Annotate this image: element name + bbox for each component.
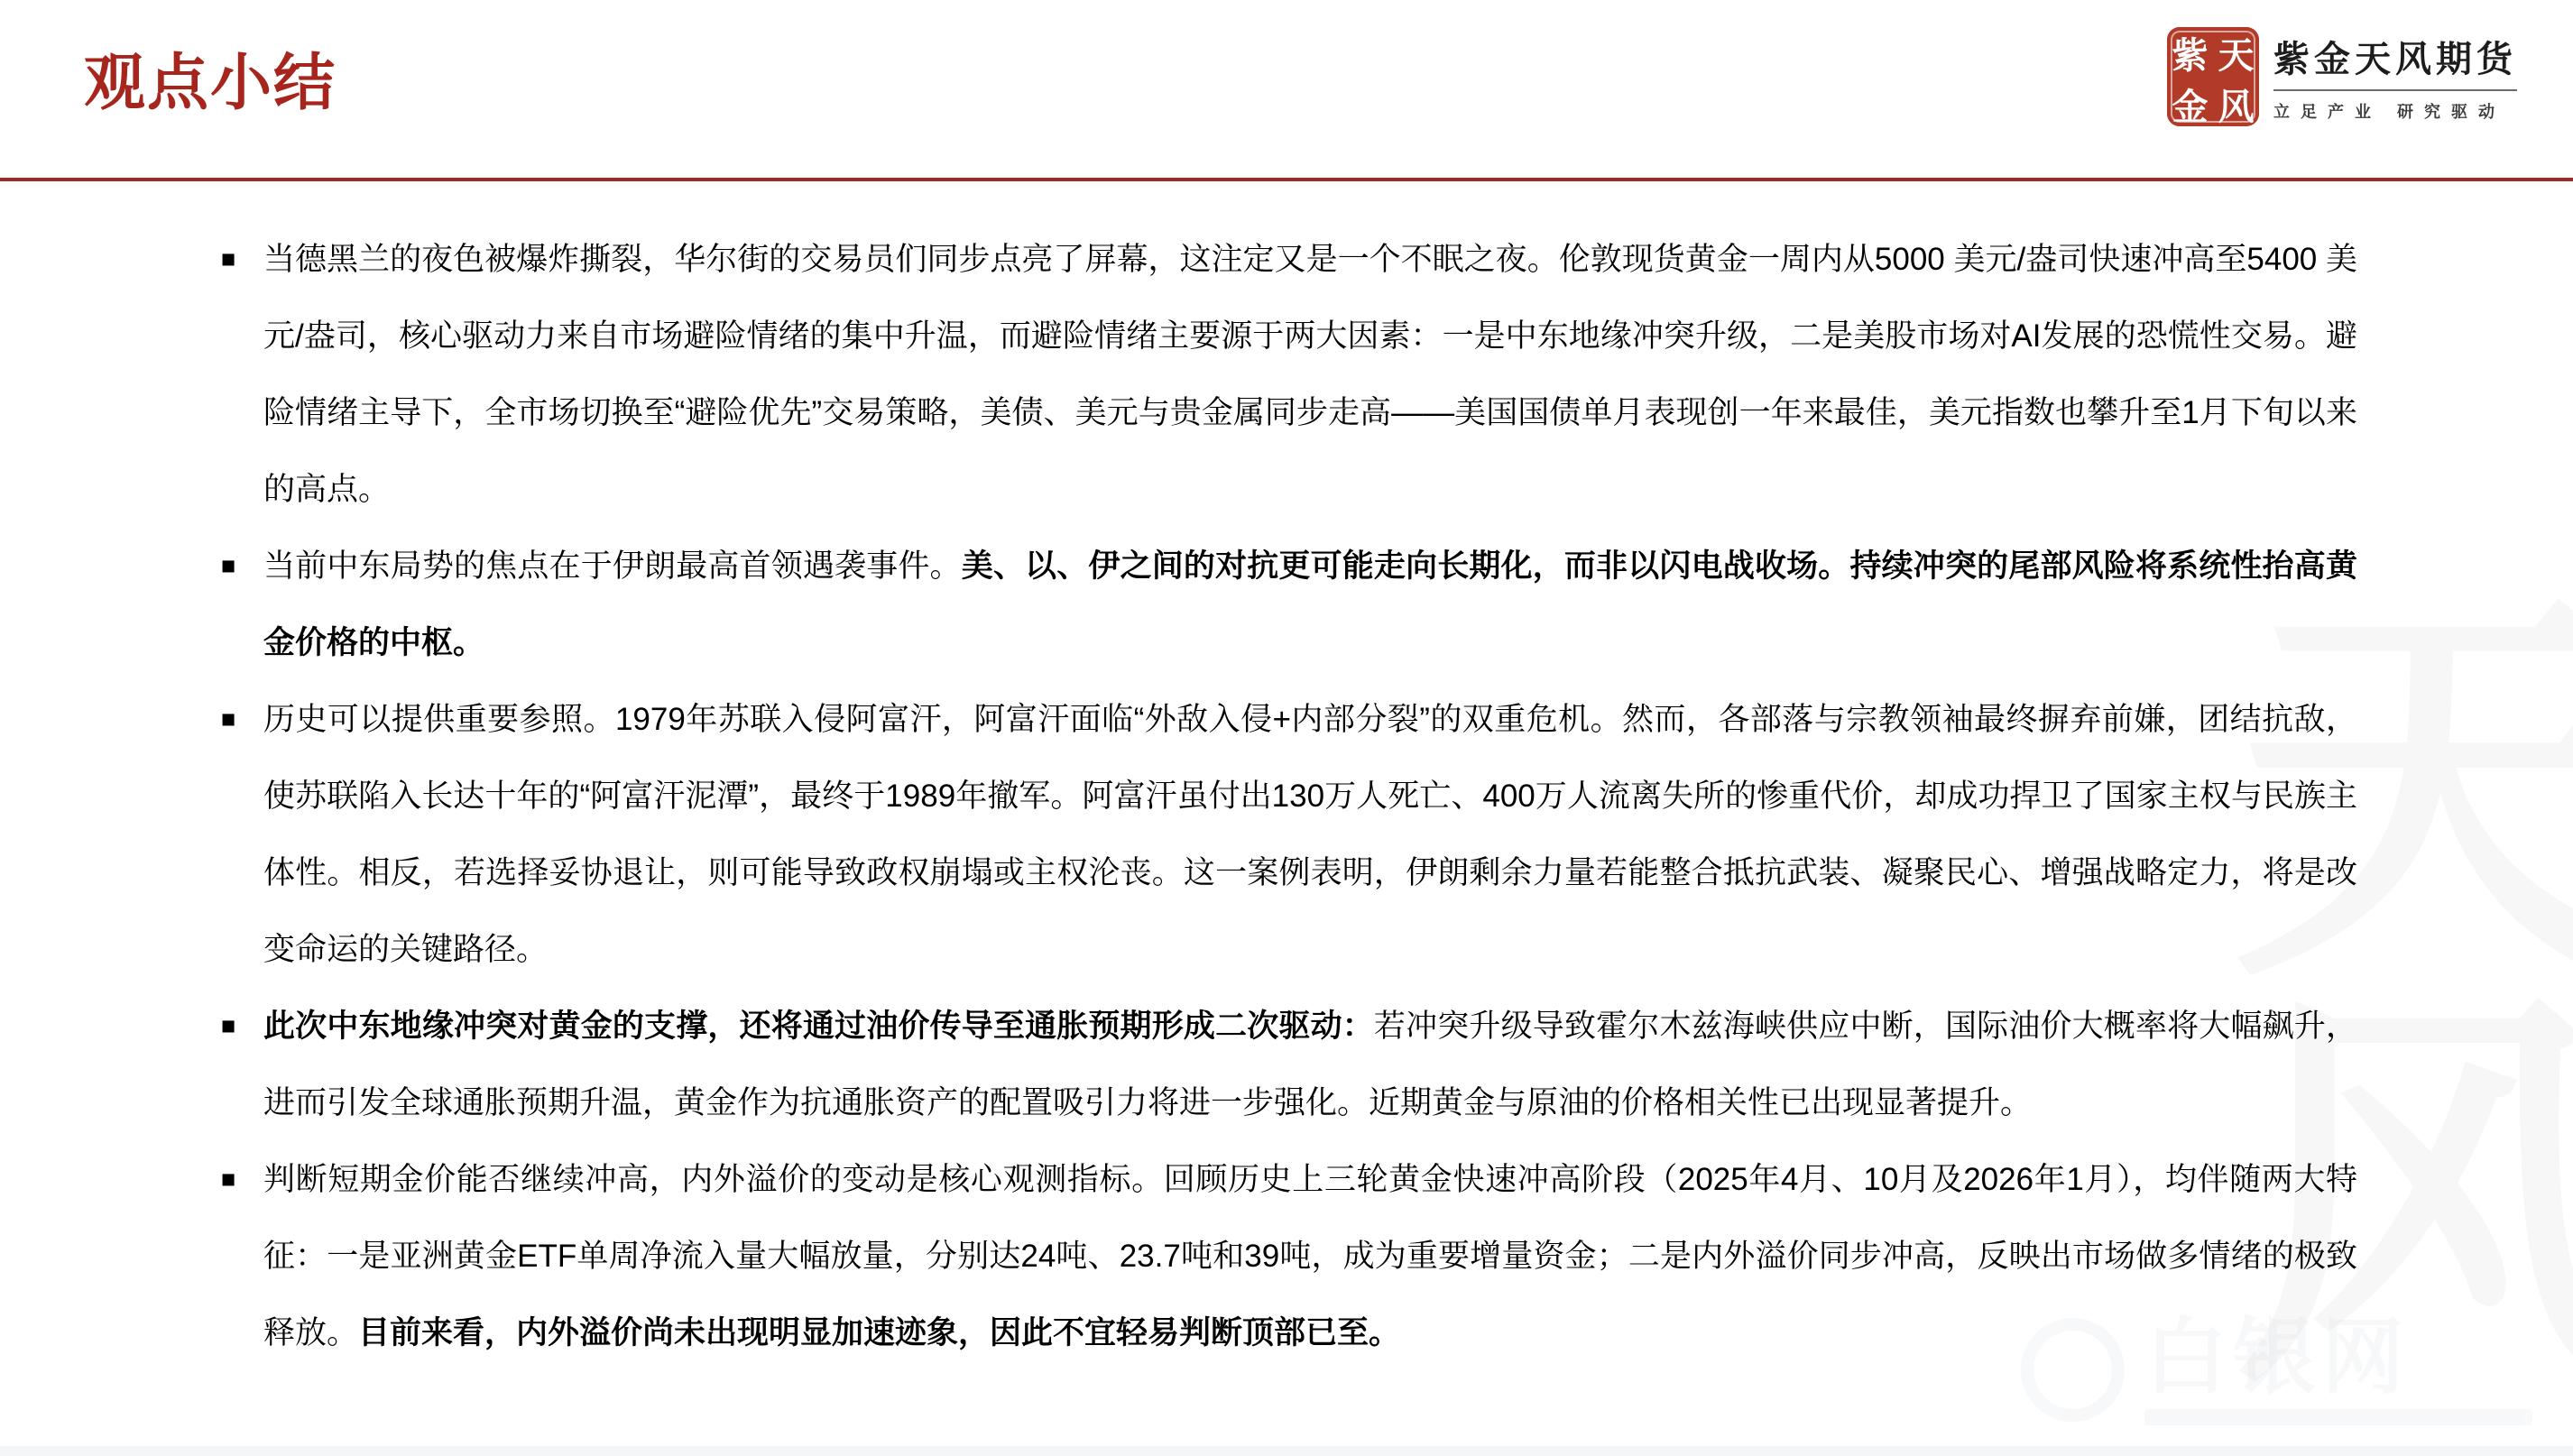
seal-char: 风	[2218, 78, 2255, 130]
company-logo: 紫 天 金 风 紫金天风期货 立足产业 研究驱动	[2167, 27, 2517, 126]
page-bottom-edge	[0, 1446, 2573, 1456]
bullet-text-bold: 目前来看，内外溢价尚未出现明显加速迹象，因此不宜轻易判断顶部已至。	[358, 1315, 1400, 1350]
bullet-item: ■判断短期金价能否继续冲高，内外溢价的变动是核心观测指标。回顾历史上三轮黄金快速…	[221, 1141, 2357, 1371]
summary-content: ■当德黑兰的夜色被爆炸撕裂，华尔街的交易员们同步点亮了屏幕，这注定又是一个不眠之…	[221, 221, 2357, 1371]
company-seal-icon: 紫 天 金 风	[2167, 27, 2259, 126]
logo-divider	[2273, 89, 2517, 91]
bullet-item: ■当前中东局势的焦点在于伊朗最高首领遇袭事件。美、以、伊之间的对抗更可能走向长期…	[221, 528, 2357, 681]
page-title: 观点小结	[84, 47, 337, 121]
company-logo-text: 紫金天风期货 立足产业 研究驱动	[2273, 31, 2517, 123]
watermark-url-bar	[2144, 1409, 2532, 1425]
company-name: 紫金天风期货	[2273, 31, 2517, 82]
company-slogan: 立足产业 研究驱动	[2273, 99, 2517, 123]
slide: 天风 观点小结 紫 天 金 风 紫金天风期货 立足产业 研究驱动 ■当德黑兰的夜…	[0, 0, 2573, 1456]
bullet-marker-icon: ■	[221, 528, 235, 604]
bullet-marker-icon: ■	[221, 221, 235, 298]
bullet-marker-icon: ■	[221, 1141, 235, 1218]
bullet-item: ■当德黑兰的夜色被爆炸撕裂，华尔街的交易员们同步点亮了屏幕，这注定又是一个不眠之…	[221, 221, 2357, 528]
bullet-marker-icon: ■	[221, 681, 235, 758]
bullet-text: 当德黑兰的夜色被爆炸撕裂，华尔街的交易员们同步点亮了屏幕，这注定又是一个不眠之夜…	[263, 242, 2357, 507]
bullet-text-bold: 此次中东地缘冲突对黄金的支撑，还将通过油价传导至通胀预期形成二次驱动：	[263, 1009, 1374, 1044]
seal-char: 紫	[2172, 27, 2209, 78]
bullet-item: ■历史可以提供重要参照。1979年苏联入侵阿富汗，阿富汗面临“外敌入侵+内部分裂…	[221, 681, 2357, 988]
bullet-text: 当前中东局势的焦点在于伊朗最高首领遇袭事件。	[263, 548, 962, 584]
bullet-marker-icon: ■	[221, 988, 235, 1064]
bullet-text: 历史可以提供重要参照。1979年苏联入侵阿富汗，阿富汗面临“外敌入侵+内部分裂”…	[263, 702, 2357, 967]
seal-char: 金	[2172, 78, 2209, 130]
bullet-item: ■此次中东地缘冲突对黄金的支撑，还将通过油价传导至通胀预期形成二次驱动：若冲突升…	[221, 988, 2357, 1141]
bullet-list: ■当德黑兰的夜色被爆炸撕裂，华尔街的交易员们同步点亮了屏幕，这注定又是一个不眠之…	[221, 221, 2357, 1371]
header-divider	[0, 178, 2573, 181]
seal-char: 天	[2218, 27, 2255, 78]
